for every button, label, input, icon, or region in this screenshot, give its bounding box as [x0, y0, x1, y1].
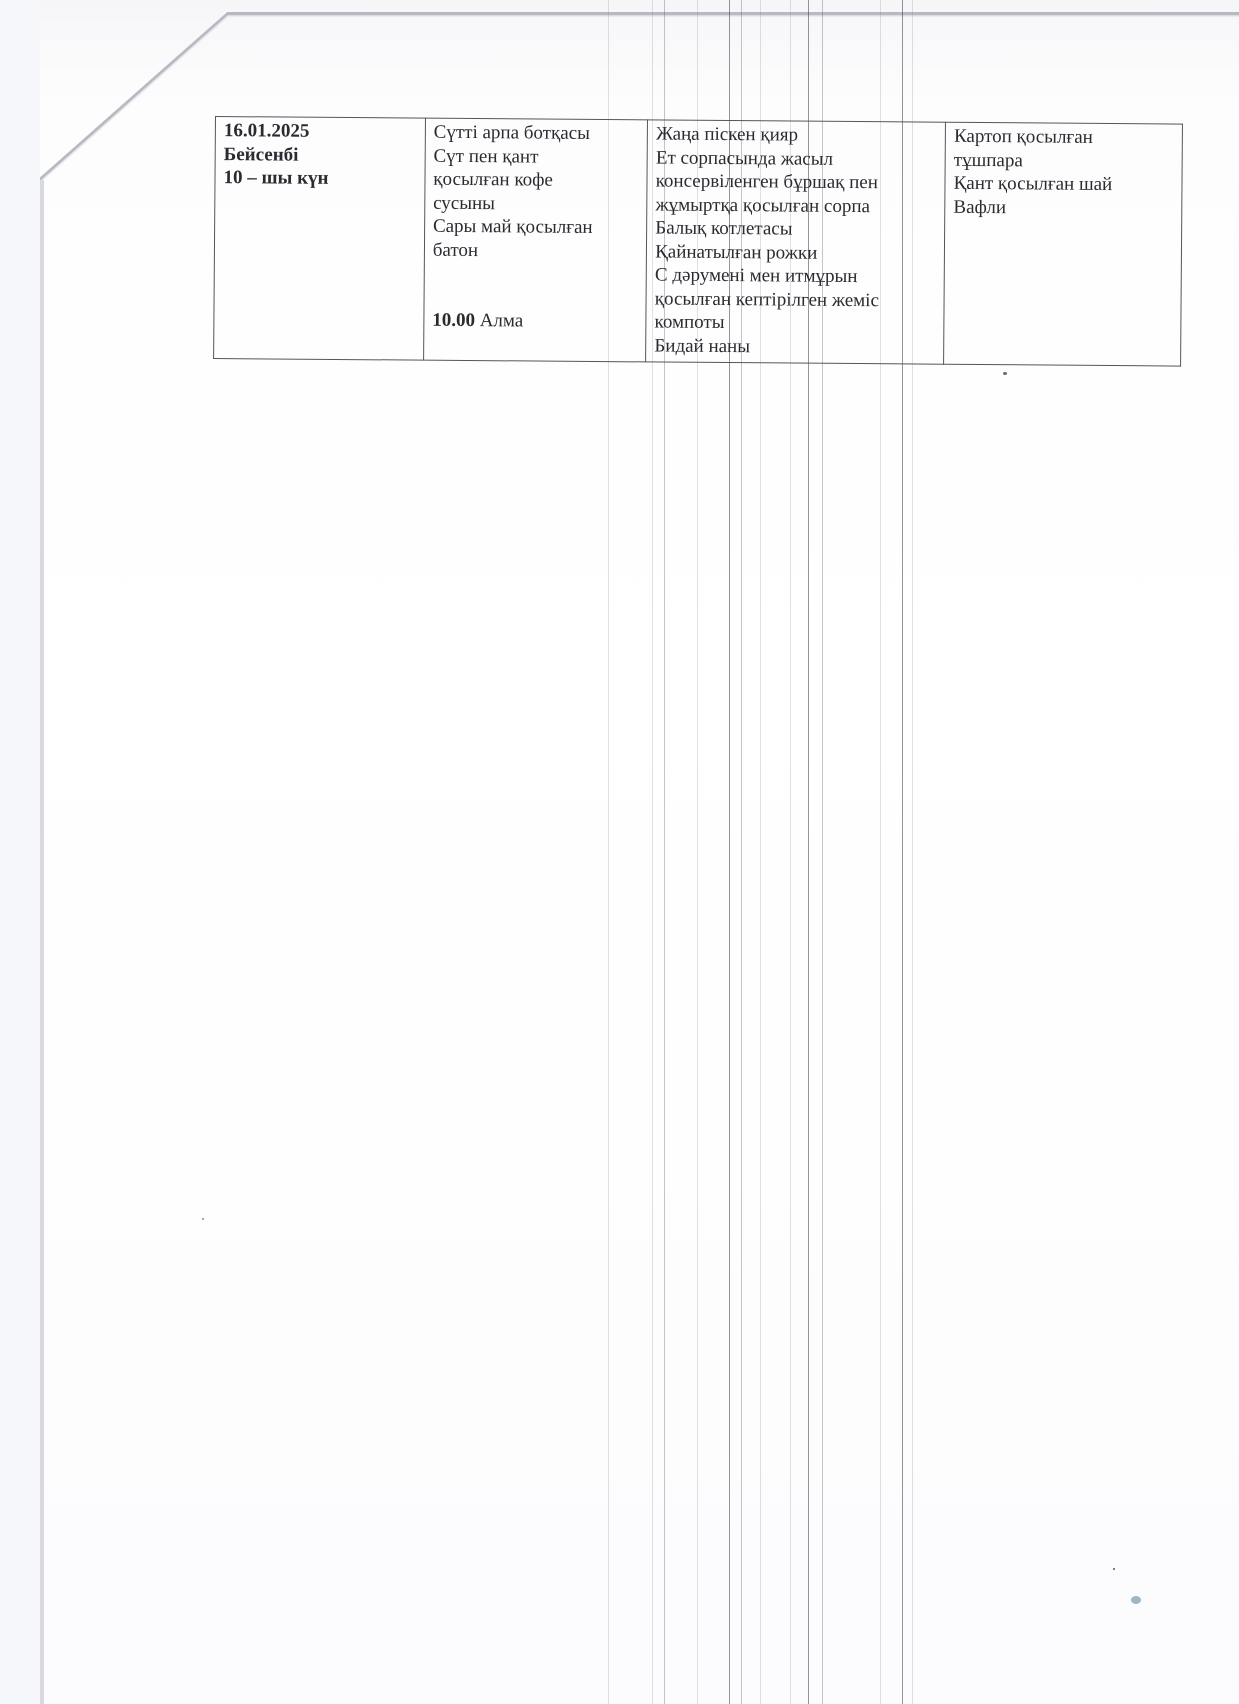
menu-item: батон [433, 238, 639, 263]
breakfast-cell: Сүтті арпа ботқасы Сүт пен қант қосылған… [423, 118, 647, 362]
menu-item: Сары май қосылған [433, 215, 639, 240]
scanned-page: 16.01.2025 Бейсенбі 10 – шы күн Сүтті ар… [0, 0, 1239, 1704]
menu-item: Картоп қосылған [954, 125, 1174, 150]
day-weekday: Бейсенбі [224, 143, 417, 168]
lunch-cell: Жаңа піскен қияр Ет сорпасында жасыл кон… [646, 120, 946, 364]
scan-speck [1131, 1596, 1141, 1604]
menu-item: консервіленген бұршақ пен [656, 169, 937, 195]
snack-item: Алма [480, 310, 524, 331]
spacer [432, 262, 638, 311]
page-left-edge [40, 180, 44, 1704]
day-number: 10 – шы күн [223, 166, 416, 191]
menu-item: жұмыртқа қосылған сорпа [655, 193, 936, 219]
menu-item: қосылған кептірілген жеміс [655, 287, 936, 313]
snack-time: 10.00 [432, 310, 475, 331]
menu-item: тұшпара [954, 148, 1174, 173]
scanner-margin [0, 0, 40, 1704]
afternoon-cell: Картоп қосылған тұшпара Қант қосылған ша… [944, 122, 1183, 366]
day-cell: 16.01.2025 Бейсенбі 10 – шы күн [214, 117, 426, 361]
menu-table: 16.01.2025 Бейсенбі 10 – шы күн Сүтті ар… [213, 116, 1183, 367]
scan-speck [1003, 372, 1007, 375]
menu-item: Қант қосылған шай [954, 172, 1174, 197]
menu-item: сусыны [433, 191, 639, 216]
scan-speck [1113, 1568, 1115, 1570]
menu-item: Жаңа піскен қияр [656, 122, 937, 148]
menu-item: Сүт пен қант [433, 144, 639, 169]
menu-item: С дәрумені мен итмұрын [655, 263, 936, 289]
menu-item: Вафли [953, 195, 1173, 220]
menu-item: Балық котлетасы [655, 216, 936, 242]
menu-item: қосылған кофе [433, 168, 639, 193]
menu-item: Қайнатылған рожки [655, 240, 936, 266]
snack-line: 10.00 Алма [432, 309, 638, 334]
day-date: 16.01.2025 [224, 119, 417, 144]
scan-speck [202, 1218, 204, 1220]
menu-item: Ет сорпасында жасыл [656, 146, 937, 172]
table-row: 16.01.2025 Бейсенбі 10 – шы күн Сүтті ар… [214, 117, 1183, 367]
menu-item: Бидай наны [654, 334, 935, 360]
menu-item: Сүтті арпа ботқасы [434, 121, 640, 146]
menu-item: компоты [655, 310, 936, 336]
